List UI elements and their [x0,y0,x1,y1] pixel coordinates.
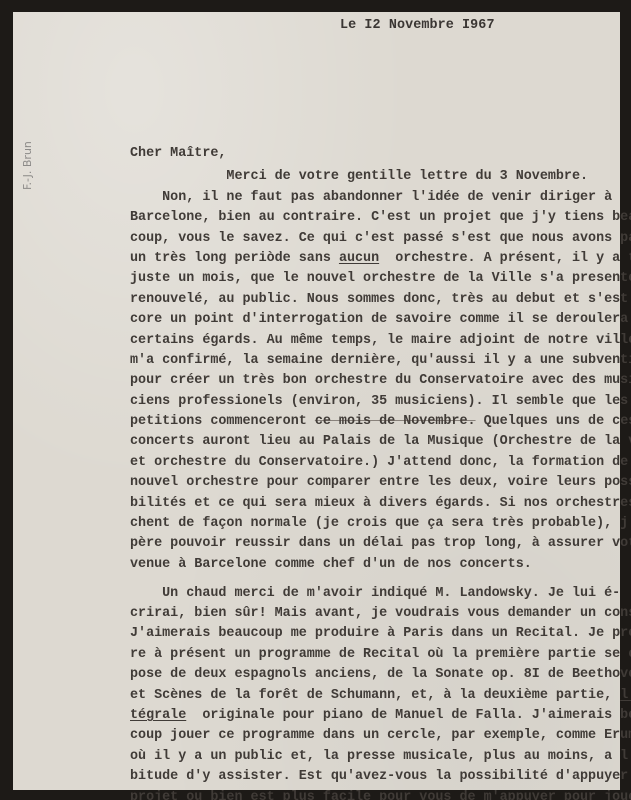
text-line: crirai, bien sûr! Mais avant, je voudrai… [130,604,630,624]
paragraph-gap [130,575,630,584]
text-segment: où il y a un public et, la presse musica… [130,749,631,764]
text-line: Barcelone, bien au contraire. C'est un p… [130,208,630,228]
text-line: certains égards. Au même temps, le maire… [130,331,630,351]
text-line: J'aimerais beaucoup me produire à Paris … [130,624,630,644]
text-line: un très long periòde sans aucun orchestr… [130,249,630,269]
letter-date: Le I2 Novembre I967 [340,18,495,33]
text-line: tégrale originale pour piano de Manuel d… [130,706,630,726]
underlined-text: l'in- [620,688,631,703]
text-segment: core un point d'interrogation de savoire… [130,312,631,327]
text-segment: certains égards. Au même temps, le maire… [130,333,631,348]
text-segment: pour créer un très bon orchestre du Cons… [130,373,631,388]
text-segment: bitude d'y assister. Est qu'avez-vous la… [130,769,631,784]
text-line: m'a confirmé, la semaine dernière, qu'au… [130,351,630,371]
text-segment: chent de façon normale (je crois que ça … [130,516,631,531]
text-line: nouvel orchestre pour comparer entre les… [130,473,630,493]
text-line: chent de façon normale (je crois que ça … [130,514,630,534]
text-line: juste un mois, que le nouvel orchestre d… [130,269,630,289]
text-line: projet ou bien est plus facile pour vous… [130,788,630,800]
text-segment: originale pour piano de Manuel de Falla.… [186,708,631,723]
paragraph: Un chaud merci de m'avoir indiqué M. Lan… [130,584,630,800]
text-line: petitions commenceront ce mois de Novemb… [130,412,630,432]
underlined-text: tégrale [130,708,186,723]
text-segment: Quelques uns de ces [476,414,631,429]
text-line: renouvelé, au public. Nous sommes donc, … [130,290,630,310]
text-segment: coup jouer ce programme dans un cercle, … [130,728,631,743]
text-segment: venue à Barcelone comme chef d'un de nos… [130,557,532,572]
text-line: Merci de votre gentille lettre du 3 Nove… [130,167,630,187]
text-line: et orchestre du Conservatoire.) J'attend… [130,453,630,473]
text-segment: père pouvoir reussir dans un délai pas t… [130,536,631,551]
text-line: Un chaud merci de m'avoir indiqué M. Lan… [130,584,630,604]
letter-page: Le I2 Novembre I967 F.-J. Brun Cher Maît… [13,12,620,790]
text-line: venue à Barcelone comme chef d'un de nos… [130,555,630,575]
underlined-text: aucun [339,251,379,266]
text-segment: Un chaud merci de m'avoir indiqué M. Lan… [130,586,620,601]
text-segment: m'a confirmé, la semaine dernière, qu'au… [130,353,631,368]
letter-body: Cher Maître, Merci de votre gentille let… [130,144,630,800]
text-segment: projet ou bien est plus facile pour vous… [130,790,631,800]
text-line: concerts auront lieu au Palais de la Mus… [130,432,630,452]
text-line: Non, il ne faut pas abandonner l'idée de… [130,188,630,208]
text-line: père pouvoir reussir dans un délai pas t… [130,534,630,554]
text-segment: nouvel orchestre pour comparer entre les… [130,475,631,490]
text-segment: petitions commenceront [130,414,315,429]
text-segment: et Scènes de la forêt de Schumann, et, à… [130,688,620,703]
text-line: pose de deux espagnols anciens, de la So… [130,665,630,685]
text-line: et Scènes de la forêt de Schumann, et, à… [130,686,630,706]
handwritten-margin-note: F.-J. Brun [21,141,34,190]
text-segment: renouvelé, au public. Nous sommes donc, … [130,292,631,307]
text-line: coup, vous le savez. Ce qui c'est passé … [130,229,630,249]
text-segment: concerts auront lieu au Palais de la Mus… [130,434,631,449]
text-line: coup jouer ce programme dans un cercle, … [130,726,630,746]
text-line: core un point d'interrogation de savoire… [130,310,630,330]
text-segment: re à présent un programme de Recital où … [130,647,631,662]
text-line: bilités et ce qui sera mieux à divers ég… [130,494,630,514]
paragraph: Merci de votre gentille lettre du 3 Nove… [130,167,630,575]
text-segment: pose de deux espagnols anciens, de la So… [130,667,631,682]
text-segment: ciens professionels (environ, 35 musicie… [130,394,631,409]
text-line: pour créer un très bon orchestre du Cons… [130,371,630,391]
text-segment: orchestre. A présent, il y a tout [379,251,631,266]
text-segment: et orchestre du Conservatoire.) J'attend… [130,455,631,470]
text-segment: juste un mois, que le nouvel orchestre d… [130,271,631,286]
struck-text: ce mois de Novembre. [315,414,476,429]
paragraphs: Merci de votre gentille lettre du 3 Nove… [130,167,630,800]
text-line: bitude d'y assister. Est qu'avez-vous la… [130,767,630,787]
text-segment: Non, il ne faut pas abandonner l'idée de… [130,190,612,205]
text-segment: J'aimerais beaucoup me produire à Paris … [130,626,631,641]
text-segment: Barcelone, bien au contraire. C'est un p… [130,210,631,225]
text-segment: bilités et ce qui sera mieux à divers ég… [130,496,631,511]
text-line: où il y a un public et, la presse musica… [130,747,630,767]
text-segment: un très long periòde sans [130,251,339,266]
text-line: re à présent un programme de Recital où … [130,645,630,665]
text-segment: crirai, bien sûr! Mais avant, je voudrai… [130,606,631,621]
salutation: Cher Maître, [130,144,630,164]
text-line: ciens professionels (environ, 35 musicie… [130,392,630,412]
text-segment: Merci de votre gentille lettre du 3 Nove… [130,169,588,184]
text-segment: coup, vous le savez. Ce qui c'est passé … [130,231,631,246]
